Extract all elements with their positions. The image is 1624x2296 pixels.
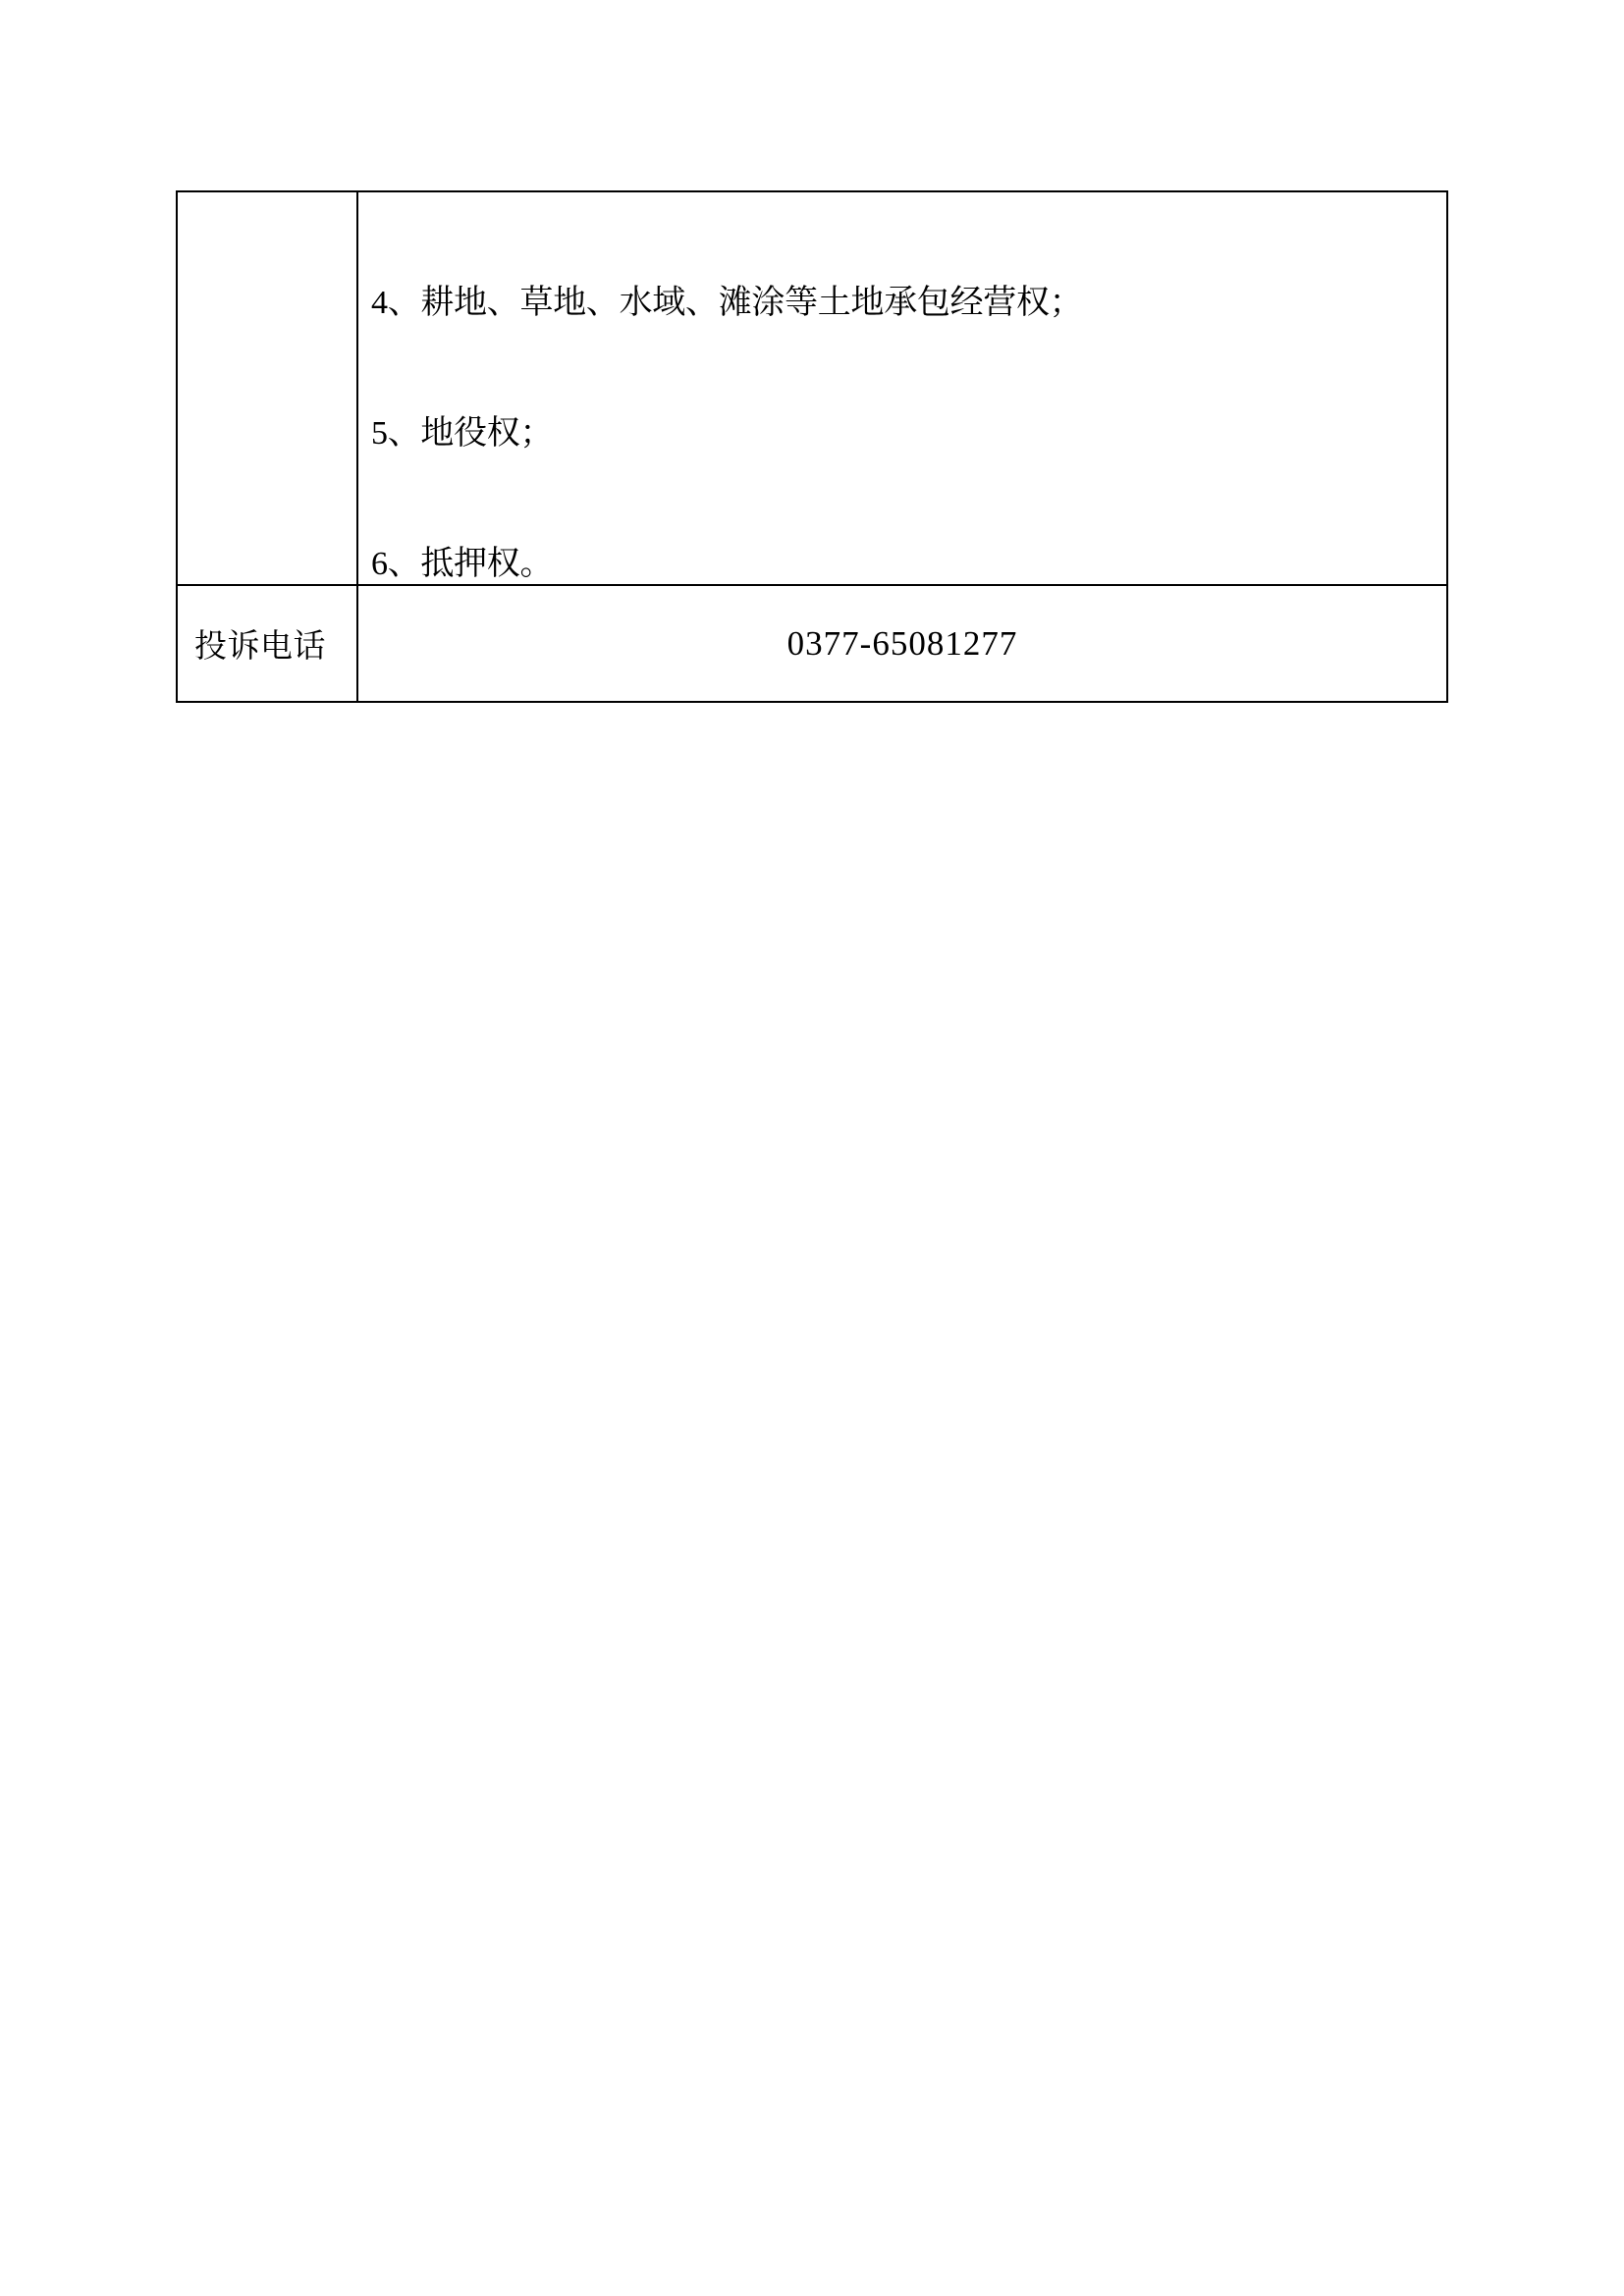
complaint-phone-label: 投诉电话: [178, 586, 358, 701]
fee-text-line: 6、抵押权。: [371, 543, 1436, 586]
empty-header-cell: [178, 192, 358, 586]
registration-fee-table: 4、耕地、草地、水域、滩涂等土地承包经营权； 5、地役权； 6、抵押权。 不动产…: [176, 190, 1448, 703]
fee-detail-cell: 4、耕地、草地、水域、滩涂等土地承包经营权； 5、地役权； 6、抵押权。 不动产…: [358, 192, 1446, 586]
document-page: 4、耕地、草地、水域、滩涂等土地承包经营权； 5、地役权； 6、抵押权。 不动产…: [0, 0, 1624, 2296]
fee-text-line: 4、耕地、草地、水域、滩涂等土地承包经营权；: [371, 282, 1436, 325]
complaint-phone-number: 0377-65081277: [358, 586, 1446, 701]
fee-text-line: 5、地役权；: [371, 412, 1436, 455]
